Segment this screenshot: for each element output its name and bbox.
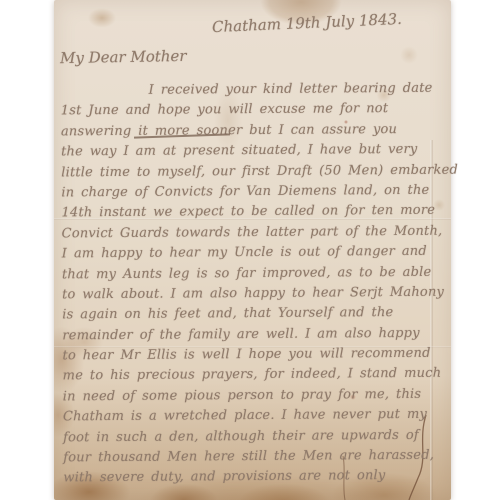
letter-line: in charge of Convicts for Van Diemens la…: [61, 181, 447, 204]
letter-line: to walk about. I am also happy to hear S…: [62, 283, 448, 306]
letter-line: answering it more sooner but I can assur…: [61, 119, 447, 142]
letter-body: I received your kind letter bearing date…: [61, 79, 450, 489]
letter-line: is again on his feet and, that Yourself …: [62, 303, 448, 326]
letter-line: foot in such a den, although their are u…: [63, 425, 449, 448]
letter-line: little time to myself, our first Draft (…: [61, 160, 447, 183]
letter-line: four thousand Men here still the Men are…: [63, 446, 449, 469]
letter-line: I am happy to hear my Uncle is out of da…: [62, 242, 448, 265]
letter-line: 14th instant we expect to be called on f…: [61, 201, 447, 224]
letter-line: Convict Guards towards the latter part o…: [62, 221, 448, 244]
letter-line: in need of some pious person to pray for…: [63, 385, 449, 408]
letter-line: with severe duty, and provisions are not…: [63, 466, 449, 489]
letter-line: that my Aunts leg is so far improved, as…: [62, 262, 448, 285]
letter-line: remainder of the family are well. I am a…: [62, 323, 448, 346]
letter-line: 1st June and hope you will excuse me for…: [61, 99, 447, 122]
letter-line: I received your kind letter bearing date: [61, 79, 447, 102]
letter-salutation: My Dear Mother: [60, 47, 187, 67]
letter-line: me to his precious prayers, for indeed, …: [63, 364, 449, 387]
letter-photo: Chatham 19th July 1843. My Dear Mother I…: [0, 0, 500, 500]
letter-paper: Chatham 19th July 1843. My Dear Mother I…: [54, 0, 451, 500]
letter-line: Chatham is a wretched place. I have neve…: [63, 405, 449, 428]
letter-line: to hear Mr Ellis is well I hope you will…: [62, 344, 448, 367]
letter-line: the way I am at present situated, I have…: [61, 140, 447, 163]
